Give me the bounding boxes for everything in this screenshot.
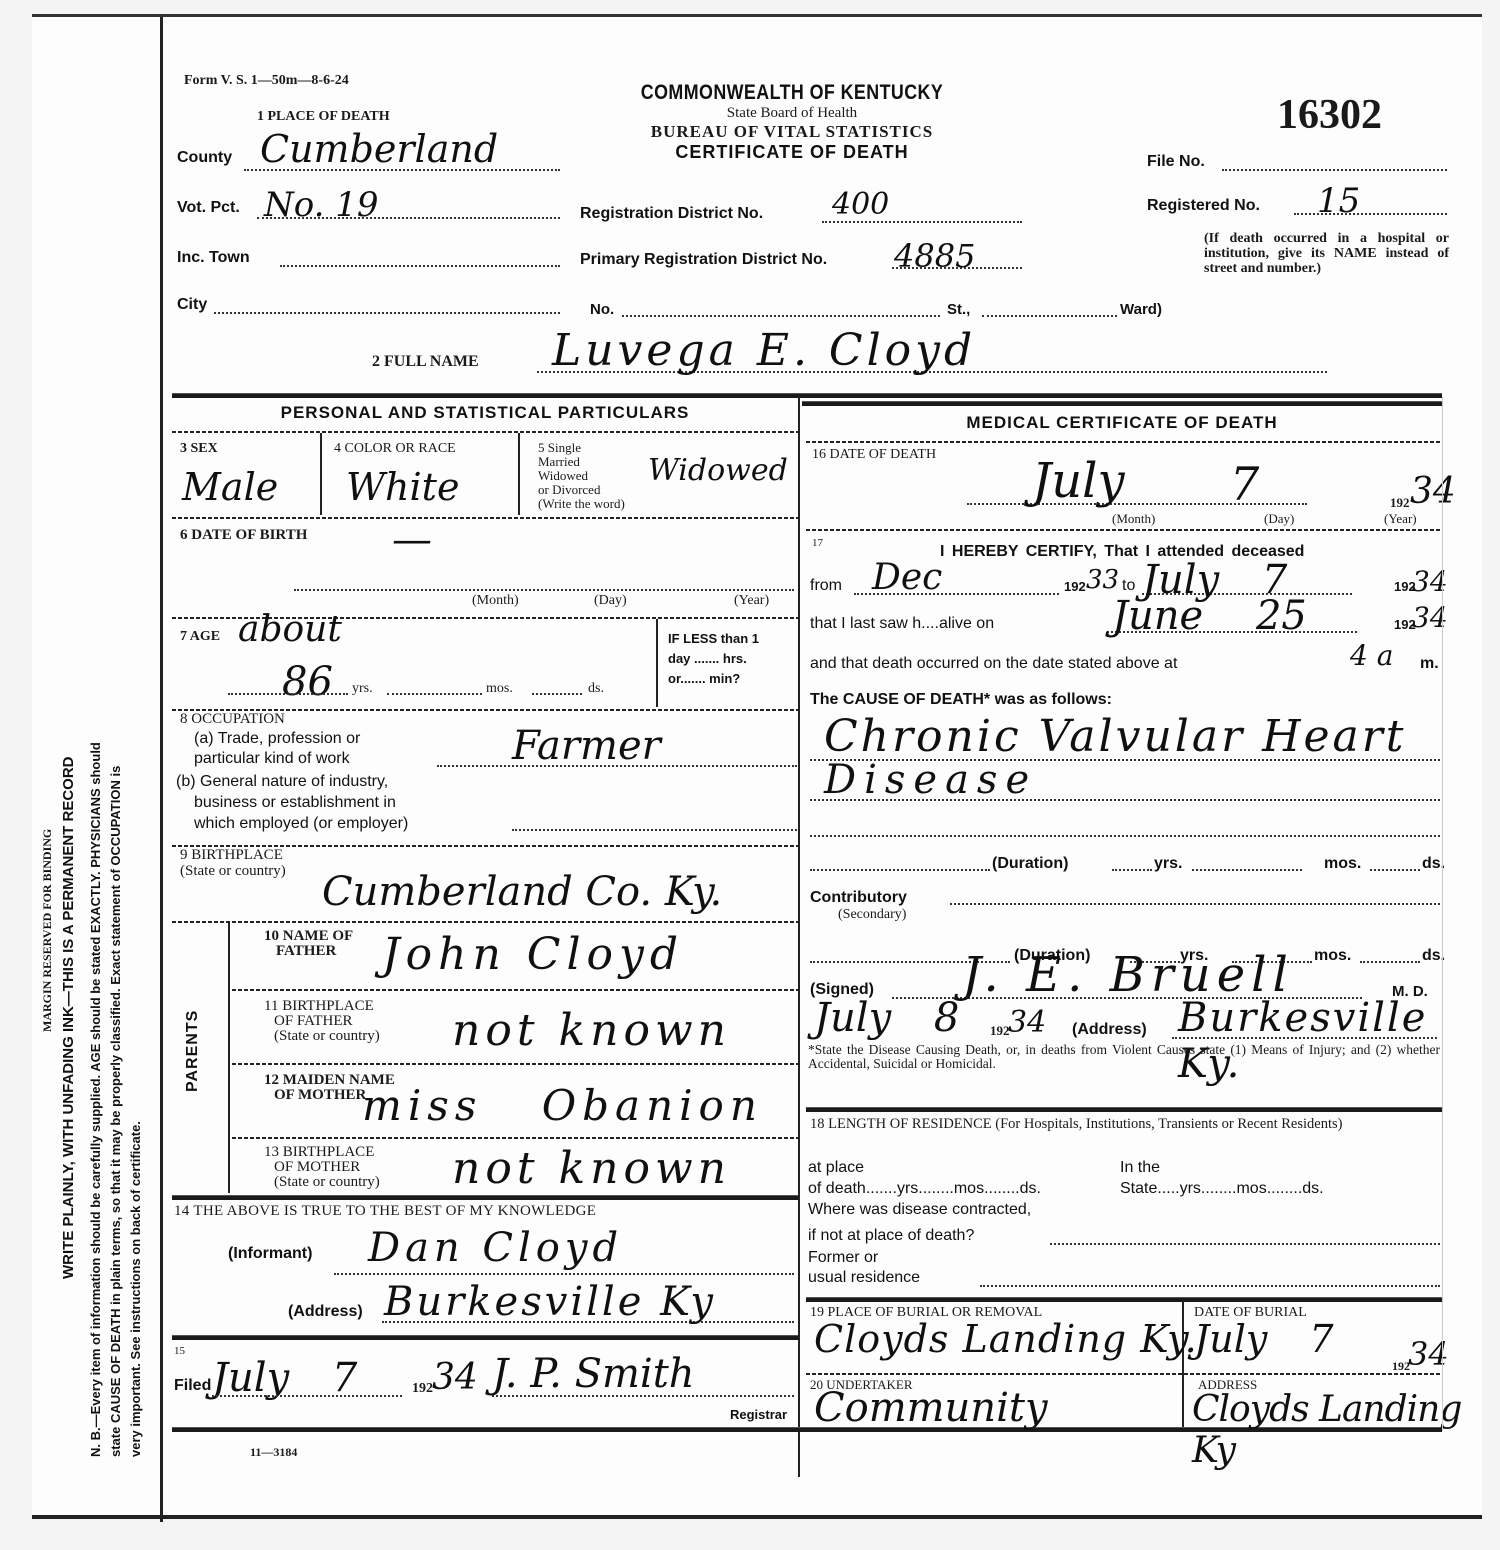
marital-write-label: (Write the word) [538,497,625,511]
former-residence-label-1: Former or [808,1249,878,1267]
margin-note-line4: very important. See instructions on back… [128,1121,143,1457]
less-than-day-line3: or....... min? [668,669,759,689]
informant-address-value[interactable]: Burkesville Ky [384,1279,716,1325]
right-border [1442,397,1443,1431]
personal-section-heading: PERSONAL AND STATISTICAL PARTICULARS [172,403,798,423]
cert-number: 17 [812,537,823,549]
title-certificate: CERTIFICATE OF DEATH [592,142,992,163]
date-of-death-year[interactable]: 34 [1410,471,1456,512]
cause-line-3 [810,835,1440,837]
title-board: State Board of Health [592,105,992,122]
age-yrs-label: yrs. [352,681,373,697]
cause-of-death-line2[interactable]: Disease [824,757,1037,803]
father-name-label2: FATHER [264,944,353,959]
registered-no-value[interactable]: 15 [1317,181,1360,221]
father-birthplace-label1: 11 BIRTHPLACE [264,999,380,1014]
marital-divorced-label: or Divorced [538,483,625,497]
mother-birthplace-label1: 13 BIRTHPLACE [264,1145,380,1160]
occupation-label: 8 OCCUPATION [180,711,285,728]
rule [656,619,658,707]
father-birthplace-labels: 11 BIRTHPLACE OF FATHER (State or countr… [264,999,380,1044]
less-than-day-block: IF LESS than 1 day ....... hrs. or......… [668,629,759,689]
registrar-value[interactable]: J. P. Smith [492,1351,695,1397]
occupation-b-line1: (b) General nature of industry, [176,771,408,792]
cause-of-death-label: The CAUSE OF DEATH* was as follows: [810,691,1112,709]
marital-widowed-label: Widowed [538,469,625,483]
informant-value[interactable]: Dan Cloyd [368,1225,623,1271]
cause-footnote: *State the Disease Causing Death, or, in… [808,1043,1440,1071]
rule [172,1335,798,1340]
race-value[interactable]: White [346,465,459,509]
margin-note-line3: state CAUSE OF DEATH in plain terms, so … [108,766,123,1457]
rule [806,1373,1442,1375]
father-birthplace-label2: OF FATHER [264,1014,380,1029]
filed-date-line [212,1395,402,1397]
vot-pct-value[interactable]: No. 19 [264,185,379,225]
signed-date-value[interactable]: July 8 [814,995,959,1041]
occupation-b-labels: (b) General nature of industry, business… [176,771,408,834]
duration-ds-line [1370,869,1420,871]
age-years-line [228,693,348,695]
age-years-value[interactable]: 86 [282,659,333,705]
dob-month-label: (Month) [472,593,519,609]
date-of-death-label: 16 DATE OF DEATH [812,447,936,463]
place-of-death-heading: 1 PLACE OF DEATH [257,109,390,125]
occupation-a-labels: (a) Trade, profession or particular kind… [194,729,360,769]
informant-field-line [334,1273,794,1275]
birthplace-label: 9 BIRTHPLACE [180,847,286,863]
occupation-b-line3: which employed (or employer) [176,813,408,834]
mother-name-value[interactable]: miss Obanion [362,1081,763,1130]
dob-day-label: (Day) [594,593,627,609]
registration-district-label: Registration District No. [580,205,763,223]
age-ds-line [532,693,582,695]
filed-number: 15 [174,1345,185,1357]
burial-place-value[interactable]: Cloyds Landing Ky. [814,1317,1198,1361]
title-state: COMMONWEALTH OF KENTUCKY [622,81,962,105]
death-time-value[interactable]: 4 a [1350,639,1393,672]
secondary-label: (Secondary) [838,907,906,923]
dob-field-line [294,589,794,591]
section-divider [172,393,1442,398]
vot-pct-label: Vot. Pct. [177,199,240,217]
burial-date-value[interactable]: July 7 [1194,1317,1334,1361]
father-birthplace-label3: (State or country) [264,1029,380,1044]
date-of-death-year-prefix: 192 [1390,495,1410,511]
former-residence-line [980,1285,1440,1287]
dod-year-label: (Year) [1384,511,1417,527]
contracted-label-1: Where was disease contracted, [808,1201,1031,1219]
medical-section-heading: MEDICAL CERTIFICATE OF DEATH [802,413,1442,433]
dod-month-label: (Month) [1112,511,1155,527]
inc-town-label: Inc. Town [177,249,250,267]
county-label: County [177,149,232,167]
form-title-block: COMMONWEALTH OF KENTUCKY State Board of … [592,81,992,163]
margin-permanent-record: WRITE PLAINLY, WITH UNFADING INK—THIS IS… [60,756,77,1279]
title-bureau: BUREAU OF VITAL STATISTICS [592,122,992,142]
dob-year-label: (Year) [734,593,769,609]
contrib-ds-line [1360,961,1420,963]
signed-year-value[interactable]: 34 [1008,1005,1046,1040]
physician-address-label: (Address) [1072,1021,1147,1039]
rule [232,989,798,991]
informant-heading: 14 THE ABOVE IS TRUE TO THE BEST OF MY K… [174,1203,596,1220]
binding-margin: MARGIN RESERVED FOR BINDING WRITE PLAINL… [32,17,172,1522]
contracted-label-2: if not at place of death? [808,1227,974,1245]
file-no-field-line [1222,169,1447,171]
rule [232,1063,798,1065]
duration-yrs-label: yrs. [1154,855,1182,873]
rule [172,921,798,923]
at-place-label: at place [808,1157,1041,1178]
death-time-suffix: m. [1420,655,1439,673]
occupation-a-line2: particular kind of work [194,749,360,769]
from-year-value[interactable]: 33 [1086,565,1119,595]
street-no-label: No. [590,301,614,318]
mother-birthplace-label2: OF MOTHER [264,1160,380,1175]
marital-married-label: Married [538,455,625,469]
full-name-label: 2 FULL NAME [372,353,479,371]
city-label: City [177,296,207,314]
registration-district-value[interactable]: 400 [832,187,889,222]
dod-day-label: (Day) [1264,511,1294,527]
margin-reserved-text: MARGIN RESERVED FOR BINDING [40,829,55,1032]
signed-year-prefix: 192 [990,1023,1010,1039]
race-label: 4 COLOR OR RACE [334,441,456,457]
age-qualifier[interactable]: about [238,609,342,650]
footer-code: 11—3184 [250,1445,297,1460]
street-label: St., [947,301,970,318]
marital-single-label: 5 Single [538,441,625,455]
margin-note-line2: N. B.—Every item of information should b… [88,742,103,1457]
informant-label: (Informant) [228,1245,312,1263]
date-of-birth-label: 6 DATE OF BIRTH [180,527,307,544]
in-state-label: In the [1120,1157,1324,1178]
inc-town-field-line [280,265,560,267]
residence-at-place: at place of death.......yrs........mos..… [808,1157,1041,1199]
duration-line [810,869,990,871]
death-time-label: and that death occurred on the date stat… [810,655,1177,673]
rule [806,529,1442,531]
cause-of-death-line1[interactable]: Chronic Valvular Heart [824,711,1406,762]
age-mos-label: mos. [486,681,513,697]
former-residence-label-2: usual residence [808,1269,920,1287]
certificate-stamp-number: 16302 [1277,91,1382,139]
age-ds-label: ds. [588,681,604,697]
last-saw-date-value[interactable]: June 25 [1112,593,1307,639]
contributory-line [950,903,1440,905]
ward-label: Ward) [1120,301,1162,318]
rule [320,433,322,515]
age-label: 7 AGE [180,629,220,645]
at-place-fields: of death.......yrs........mos........ds. [808,1178,1041,1199]
less-than-day-line2: day ....... hrs. [668,649,759,669]
contracted-line [1050,1243,1440,1245]
ward-field-line [982,315,1117,317]
date-of-death-month[interactable]: July [1032,453,1125,509]
duration-yrs-line [1112,869,1152,871]
duration-mos-line [1192,869,1302,871]
parents-side-label: PARENTS [184,1010,202,1092]
sex-value[interactable]: Male [182,465,278,509]
date-of-death-day[interactable]: 7 [1230,457,1259,511]
filed-year-prefix: 192 [412,1381,433,1397]
rule [806,1107,1442,1112]
rule [518,433,520,515]
undertaker-address-value[interactable]: Cloyds Landing Ky [1192,1389,1482,1471]
occupation-b-line2: business or establishment in [176,792,408,813]
rule [172,517,798,519]
birthplace-sub-label: (State or country) [180,863,286,879]
father-name-labels: 10 NAME OF FATHER [264,929,353,959]
city-field-line [214,312,560,314]
death-certificate: MARGIN RESERVED FOR BINDING WRITE PLAINL… [32,14,1482,1519]
registrar-label: Registrar [730,1407,787,1422]
margin-border [160,17,163,1522]
marital-labels: 5 Single Married Widowed or Divorced (Wr… [538,441,625,511]
age-mos-line [387,693,482,695]
primary-registration-value[interactable]: 4885 [894,237,975,275]
from-label: from [810,577,842,595]
primary-registration-label: Primary Registration District No. [580,251,827,269]
sex-label: 3 SEX [180,441,218,457]
duration-mos-label: mos. [1324,855,1361,873]
form-number: Form V. S. 1—50m—8-6-24 [184,73,349,89]
residence-in-state: In the State.....yrs........mos........d… [1120,1157,1324,1199]
street-no-field-line [622,315,940,317]
residence-heading: 18 LENGTH OF RESIDENCE (For Hospitals, I… [810,1115,1440,1134]
rule [806,1297,1442,1302]
rule [172,1195,798,1200]
birthplace-value[interactable]: Cumberland Co. Ky. [322,869,722,915]
duration-label: (Duration) [992,855,1068,873]
informant-address-label: (Address) [288,1303,363,1321]
contributory-label: Contributory [810,889,907,907]
occupation-a-value[interactable]: Farmer [512,723,661,769]
rule [172,431,798,433]
contrib-mos-label: mos. [1314,947,1351,965]
from-month-value[interactable]: Dec [872,557,942,598]
rule [228,923,230,1193]
mother-birthplace-labels: 13 BIRTHPLACE OF MOTHER (State or countr… [264,1145,380,1190]
last-saw-label: that I last saw h....alive on [810,615,994,633]
from-year-prefix: 192 [1064,579,1086,594]
mother-birthplace-value[interactable]: not known [452,1143,731,1194]
rule [802,401,1442,406]
date-of-birth-value[interactable]: — [392,517,432,563]
father-name-value[interactable]: John Cloyd [382,929,684,980]
full-name-value[interactable]: Luvega E. Cloyd [552,325,976,376]
rule [232,1137,798,1139]
physician-address-value[interactable]: Burkesville Ky. [1178,995,1482,1087]
rule [806,441,1442,443]
mother-birthplace-label3: (State or country) [264,1175,380,1190]
occupation-a-line1: (a) Trade, profession or [194,729,360,749]
occupation-b-line [512,829,797,831]
marital-value[interactable]: Widowed [648,453,788,488]
county-value[interactable]: Cumberland [260,127,498,171]
column-divider [798,397,800,1477]
filed-year-value[interactable]: 34 [432,1357,478,1398]
less-than-day-line1: IF LESS than 1 [668,629,759,649]
hospital-note: (If death occurred in a hospital or inst… [1204,231,1449,276]
file-no-label: File No. [1147,153,1205,171]
in-state-fields: State.....yrs........mos........ds. [1120,1178,1324,1199]
father-birthplace-value[interactable]: not known [452,1005,731,1056]
father-name-label1: 10 NAME OF [264,929,353,944]
undertaker-value[interactable]: Community [814,1385,1048,1431]
registered-no-label: Registered No. [1147,197,1260,215]
birthplace-labels: 9 BIRTHPLACE (State or country) [180,847,286,879]
filed-label: Filed [174,1377,211,1395]
